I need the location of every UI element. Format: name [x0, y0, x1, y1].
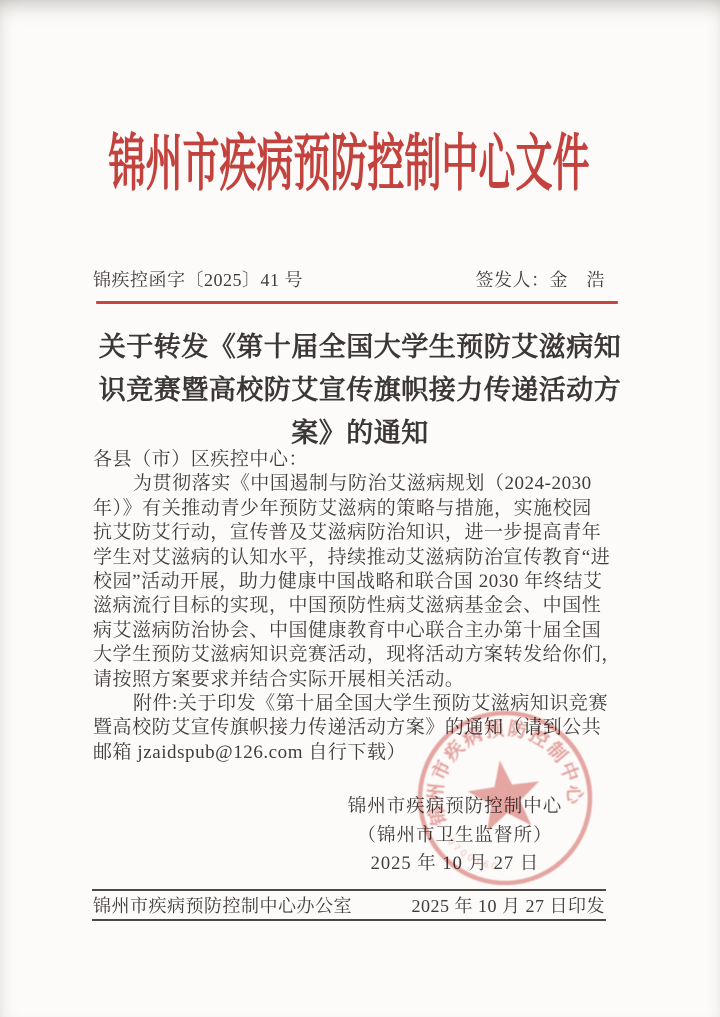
issuer: 签发人：金 浩	[476, 266, 606, 292]
body-line: 请按照方案要求并结合实际开展相关活动。	[93, 668, 609, 692]
footer-rule-bottom	[92, 919, 606, 921]
body-line: 为贯彻落实《中国遏制与防治艾滋病规划（2024-2030	[93, 472, 609, 496]
signature-org-sub: （锦州市卫生监督所）	[270, 822, 640, 851]
doc-number: 锦疾控函字〔2025〕41 号	[93, 266, 303, 292]
attachment-line: 暨高校防艾宣传旗帜接力传递活动方案》的通知（请到公共	[93, 716, 609, 740]
document-title-line: 关于转发《第十届全国大学生预防艾滋病知	[60, 326, 660, 369]
signature-date: 2025 年 10 月 27 日	[270, 850, 640, 879]
signature-org: 锦州市疾病预防控制中心	[270, 793, 640, 822]
body-line: 校园”活动开展，助力健康中国战略和联合国 2030 年终结艾	[93, 570, 609, 594]
footer-office: 锦州市疾病预防控制中心办公室	[93, 893, 352, 919]
body-line: 大学生预防艾滋病知识竞赛活动，现将活动方案转发给你们，	[93, 643, 609, 667]
body-line: 年）》有关推动青少年预防艾滋病的策略与措施，实施校园	[93, 497, 609, 521]
document-page: 锦州市疾病预防控制中心文件 锦疾控函字〔2025〕41 号 签发人：金 浩 关于…	[0, 0, 720, 1017]
salutation: 各县（市）区疾控中心：	[93, 448, 609, 472]
footer-rule-top	[92, 889, 606, 891]
agency-banner-title: 锦州市疾病预防控制中心文件	[0, 107, 709, 225]
red-separator-rule	[96, 301, 618, 304]
docinfo-row: 锦疾控函字〔2025〕41 号 签发人：金 浩	[93, 266, 605, 292]
body-line: 抗艾防艾行动，宣传普及艾滋病防治知识，进一步提高青年	[93, 521, 609, 545]
signature-block: 锦州市疾病预防控制中心 （锦州市卫生监督所） 2025 年 10 月 27 日	[270, 793, 640, 879]
attachment-line: 附件:关于印发《第十届全国大学生预防艾滋病知识竞赛	[93, 692, 609, 716]
issuer-label: 签发人：	[476, 270, 550, 290]
attachment-line: 邮箱 jzaidspub@126.com 自行下载）	[93, 741, 609, 765]
footer-row: 锦州市疾病预防控制中心办公室 2025 年 10 月 27 日印发	[93, 893, 605, 919]
body-line: 滋病流行目标的实现，中国预防性病艾滋病基金会、中国性	[93, 594, 609, 618]
body-line: 学生对艾滋病的认知水平，持续推动艾滋病防治宣传教育“进	[93, 546, 609, 570]
body-line: 病艾滋病防治协会、中国健康教育中心联合主办第十届全国	[93, 619, 609, 643]
document-body: 各县（市）区疾控中心： 为贯彻落实《中国遏制与防治艾滋病规划（2024-2030…	[93, 448, 609, 765]
issuer-name: 金 浩	[550, 270, 606, 290]
footer-print-date: 2025 年 10 月 27 日印发	[412, 893, 606, 919]
document-title: 关于转发《第十届全国大学生预防艾滋病知 识竞赛暨高校防艾宣传旗帜接力传递活动方 …	[60, 326, 660, 455]
document-title-line: 识竞赛暨高校防艾宣传旗帜接力传递活动方	[60, 369, 660, 412]
